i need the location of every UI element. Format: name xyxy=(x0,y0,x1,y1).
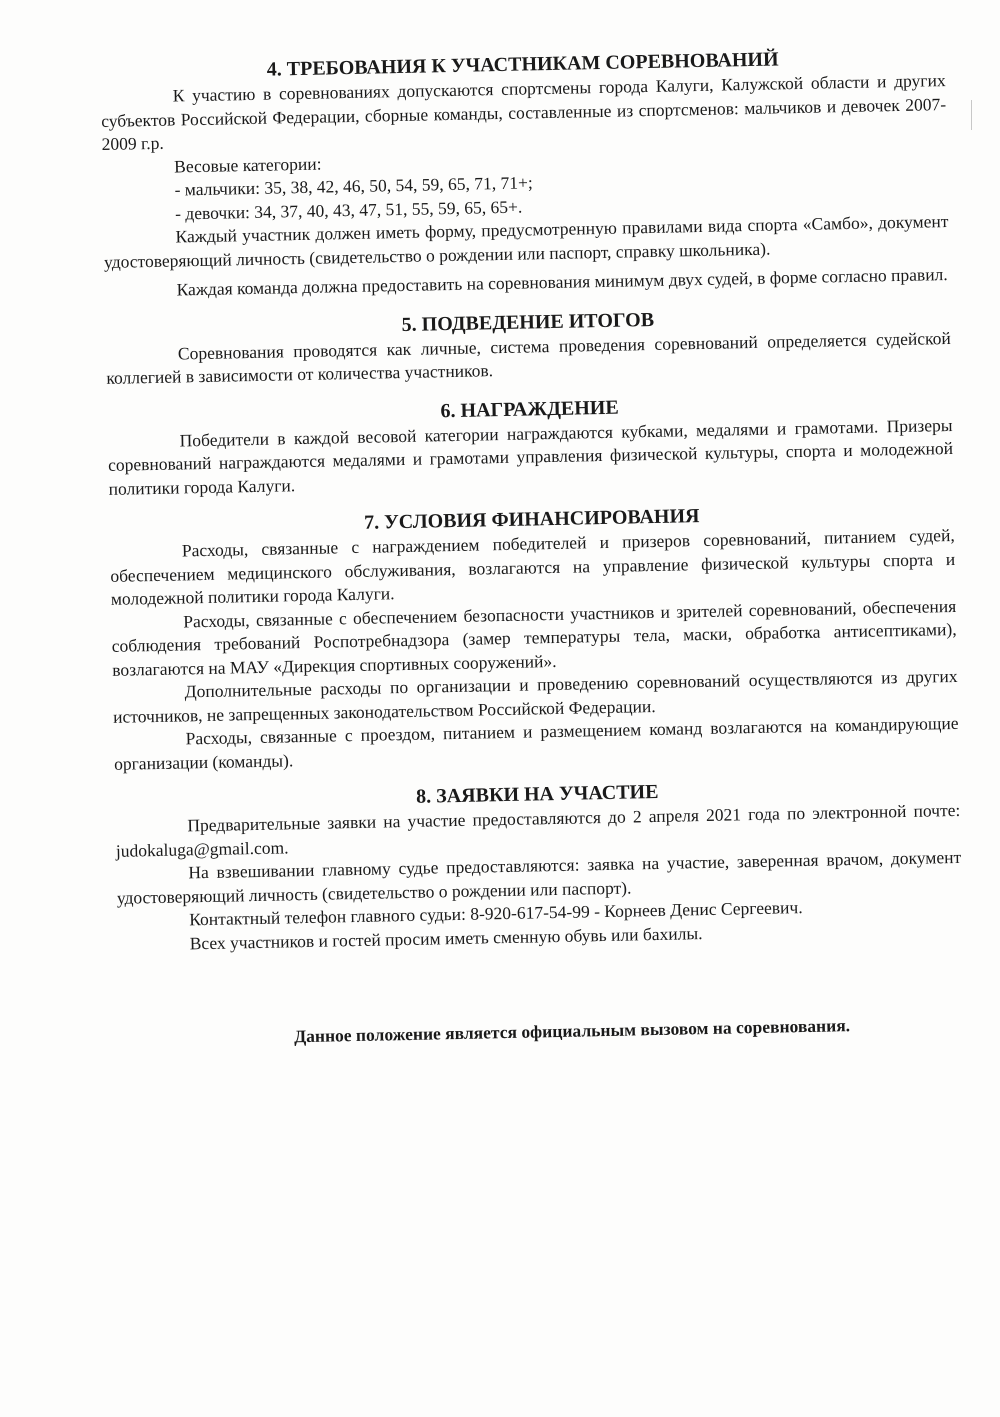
official-call-notice: Данное положение является официальным вы… xyxy=(119,1012,964,1052)
document-body: 4. ТРЕБОВАНИЯ К УЧАСТНИКАМ СОРЕВНОВАНИЙ … xyxy=(100,43,965,1052)
section-financing: 7. УСЛОВИЯ ФИНАНСИРОВАНИЯ Расходы, связа… xyxy=(109,498,959,776)
section-requirements: 4. ТРЕБОВАНИЯ К УЧАСТНИКАМ СОРЕВНОВАНИЙ … xyxy=(100,43,950,303)
section-awards: 6. НАГРАЖДЕНИЕ Победители в каждой весов… xyxy=(107,387,954,500)
section-applications: 8. ЗАЯВКИ НА УЧАСТИЕ Предварительные зая… xyxy=(115,773,963,957)
section-results: 5. ПОДВЕДЕНИЕ ИТОГОВ Соревнования провод… xyxy=(105,300,951,390)
scanned-page: 4. ТРЕБОВАНИЯ К УЧАСТНИКАМ СОРЕВНОВАНИЙ … xyxy=(0,0,1000,1417)
